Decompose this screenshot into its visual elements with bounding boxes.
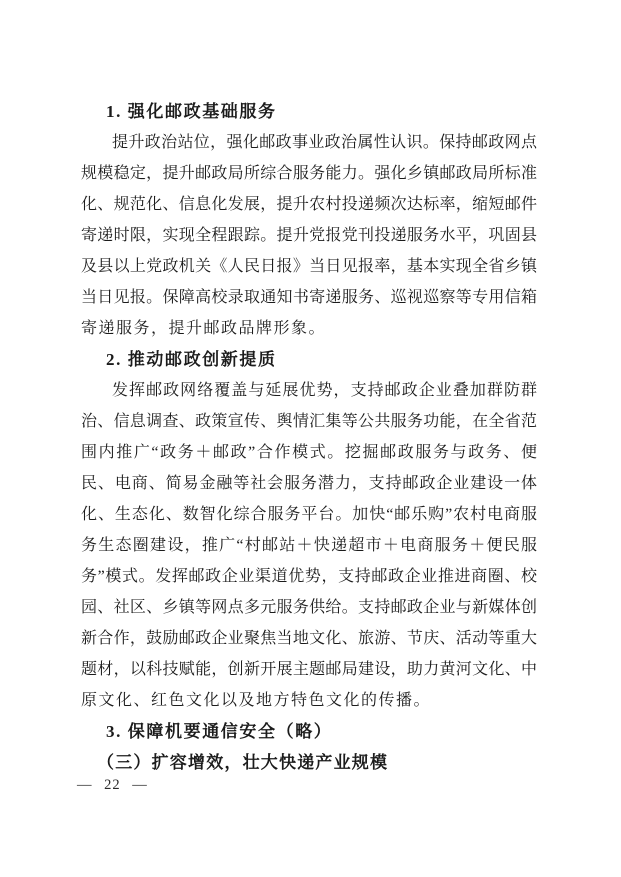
subsection-heading: （三）扩容增效，壮大快递产业规模: [81, 747, 537, 778]
text-line: 化、规范化、信息化发展，提升农村投递频次达标率，缩短邮件: [81, 189, 537, 220]
text-line: 原文化、红色文化以及地方特色文化的传播。: [81, 685, 537, 716]
text-line: 题材，以科技赋能，创新开展主题邮局建设，助力黄河文化、中: [81, 654, 537, 685]
document-body: 1. 强化邮政基础服务提升政治站位，强化邮政事业政治属性认识。保持邮政网点规模稳…: [81, 96, 537, 778]
text-line: 化、生态化、数智化综合服务平台。加快“邮乐购”农村电商服: [81, 499, 537, 530]
text-line: 务生态圈建设，推广“村邮站＋快递超市＋电商服务＋便民服: [81, 530, 537, 561]
text-line: 园、社区、乡镇等网点多元服务供给。支持邮政企业与新媒体创: [81, 592, 537, 623]
text-line: 寄递时限，实现全程跟踪。提升党报党刊投递服务水平，巩固县: [81, 220, 537, 251]
section-heading: 3. 保障机要通信安全（略）: [81, 716, 537, 747]
text-line: 务”模式。发挥邮政企业渠道优势，支持邮政企业推进商圈、校: [81, 561, 537, 592]
section-heading: 1. 强化邮政基础服务: [81, 96, 537, 127]
text-line: 寄递服务，提升邮政品牌形象。: [81, 313, 537, 344]
text-line: 及县以上党政机关《人民日报》当日见报率，基本实现全省乡镇: [81, 251, 537, 282]
text-line: 治、信息调查、政策宣传、舆情汇集等公共服务功能，在全省范: [81, 406, 537, 437]
document-page: 1. 强化邮政基础服务提升政治站位，强化邮政事业政治属性认识。保持邮政网点规模稳…: [0, 0, 621, 877]
text-line: 民、电商、简易金融等社会服务潜力，支持邮政企业建设一体: [81, 468, 537, 499]
text-line: 围内推广“政务＋邮政”合作模式。挖掘邮政服务与政务、便: [81, 437, 537, 468]
page-number: — 22 —: [77, 775, 148, 795]
text-line: 规模稳定，提升邮政局所综合服务能力。强化乡镇邮政局所标准: [81, 158, 537, 189]
text-line: 新合作，鼓励邮政企业聚焦当地文化、旅游、节庆、活动等重大: [81, 623, 537, 654]
text-line: 当日见报。保障高校录取通知书寄递服务、巡视巡察等专用信箱: [81, 282, 537, 313]
section-heading: 2. 推动邮政创新提质: [81, 344, 537, 375]
text-line: 发挥邮政网络覆盖与延展优势，支持邮政企业叠加群防群: [81, 375, 537, 406]
text-line: 提升政治站位，强化邮政事业政治属性认识。保持邮政网点: [81, 127, 537, 158]
